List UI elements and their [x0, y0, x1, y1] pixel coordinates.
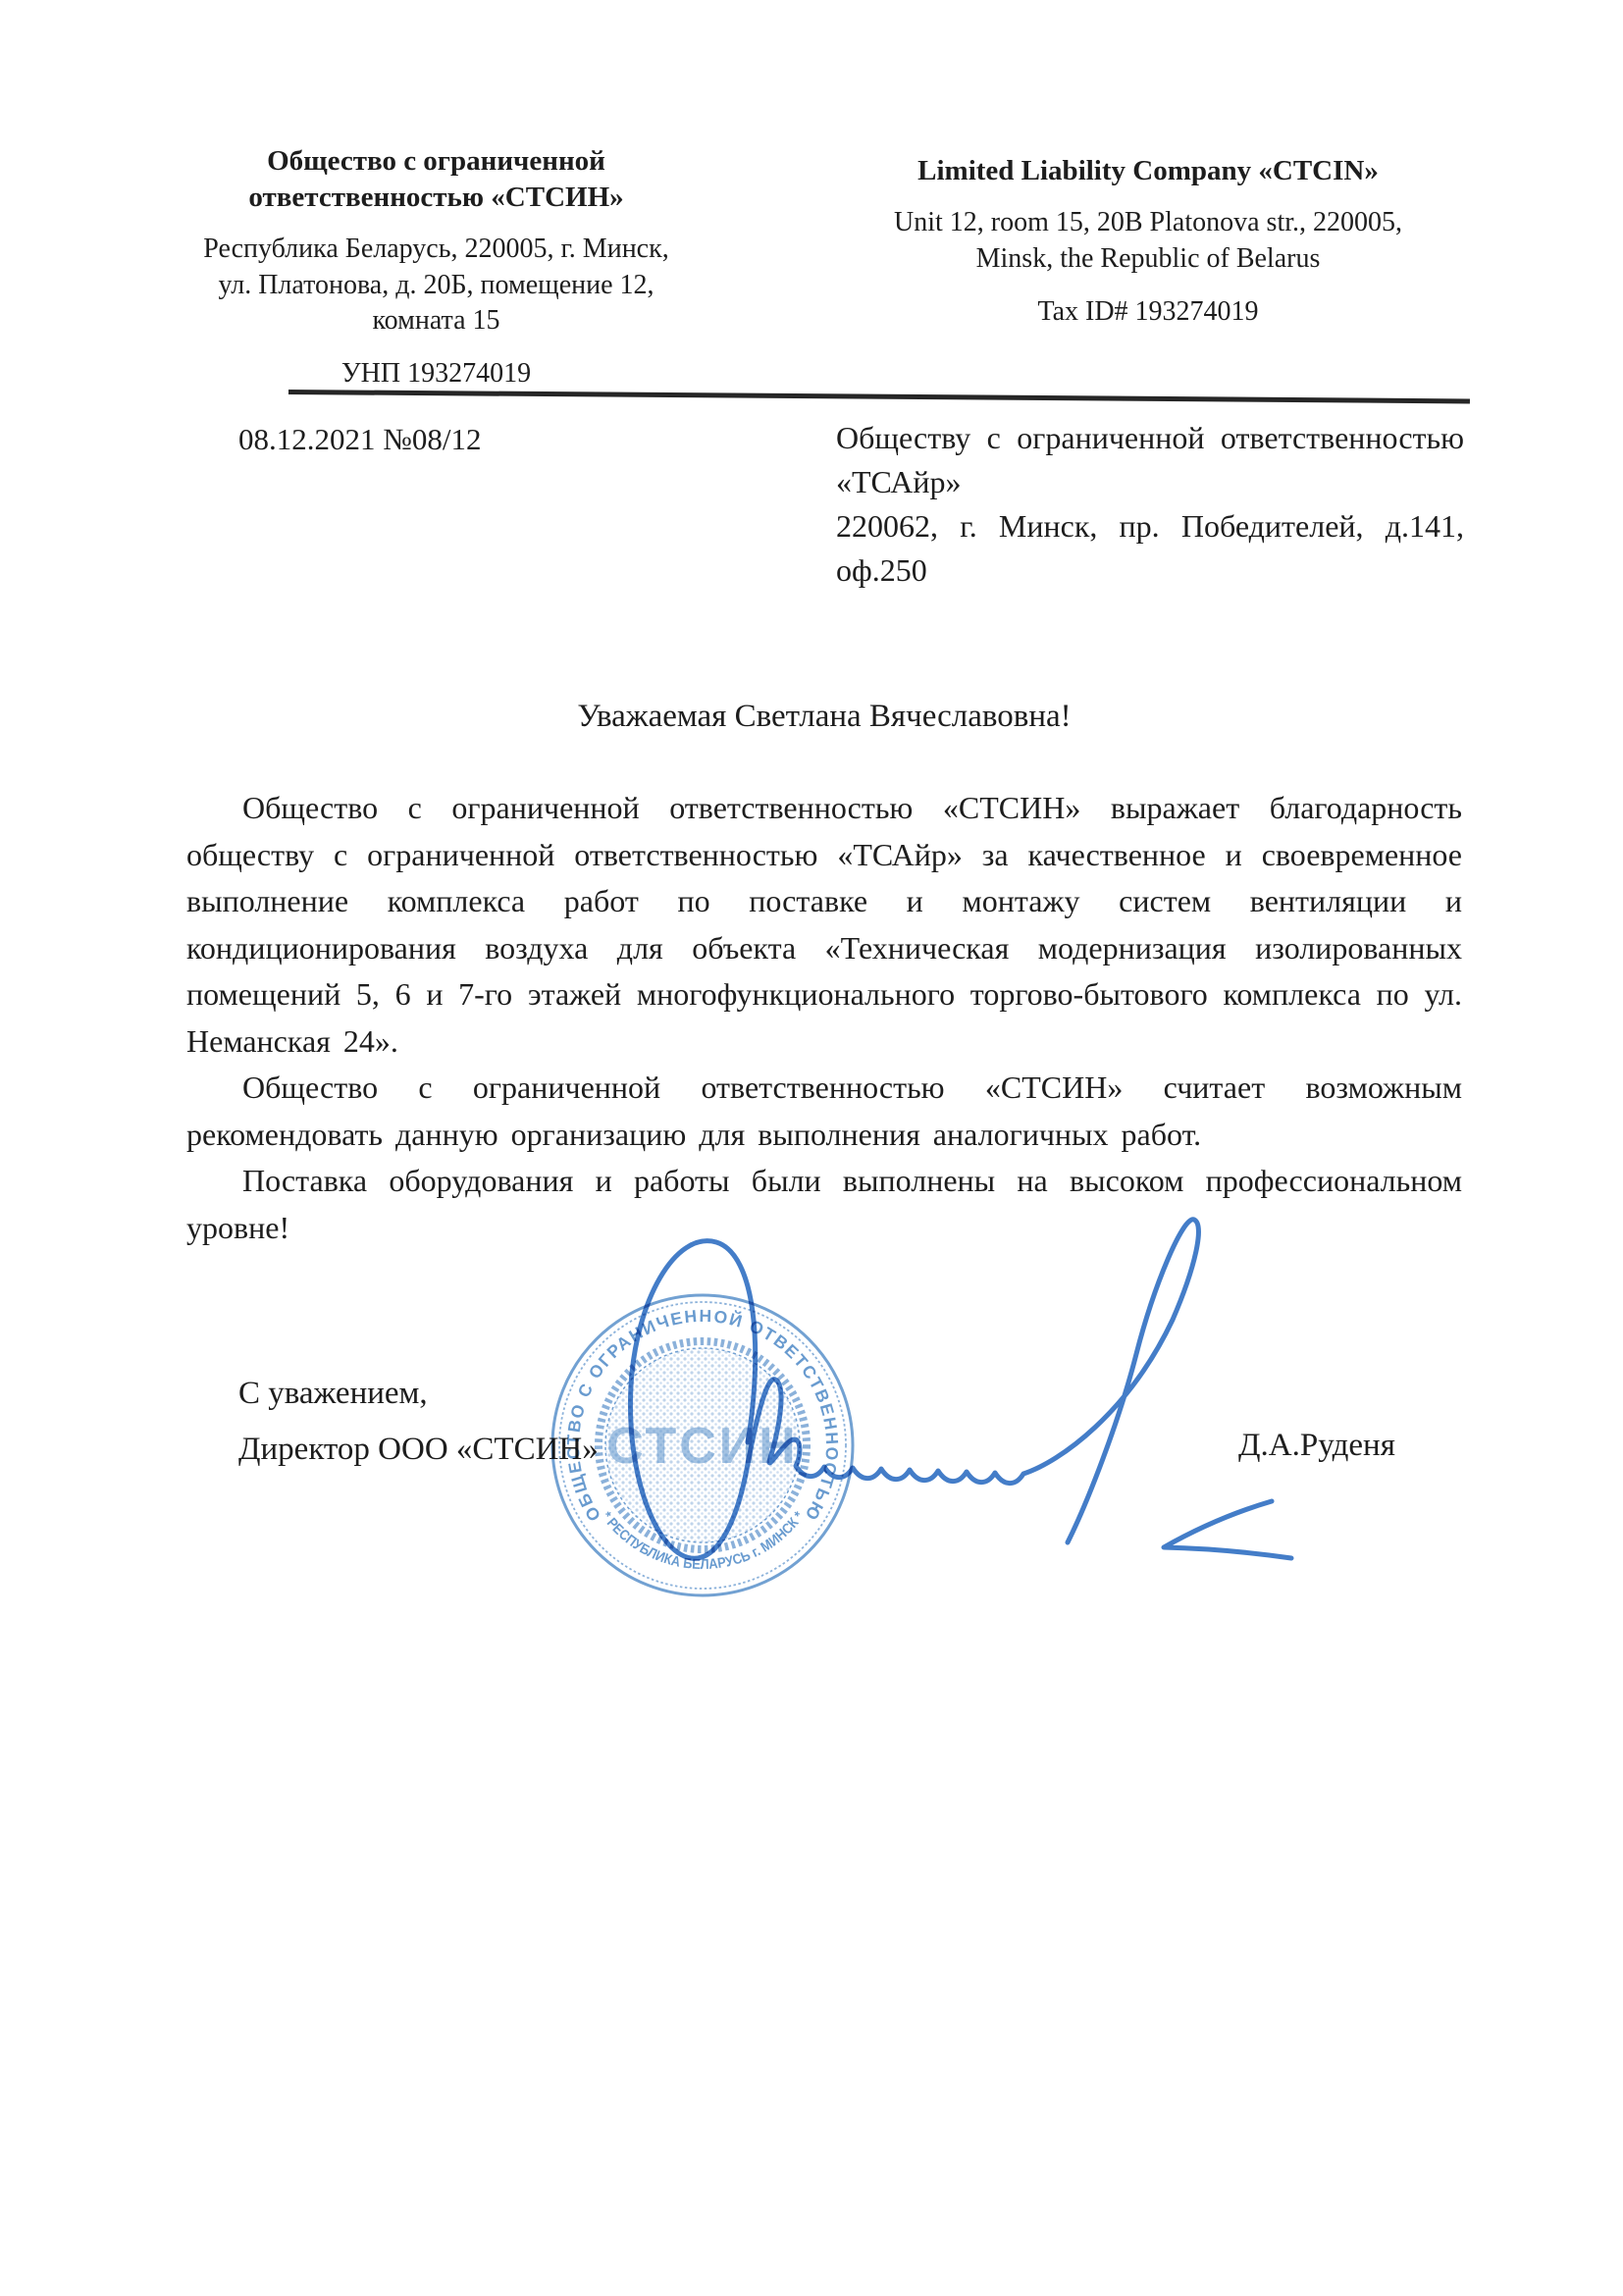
company-name-en: Limited Liability Company «CTCIN»	[864, 153, 1433, 189]
letter-document: Общество с ограниченной ответственностью…	[0, 0, 1623, 2296]
date-and-reference-number: 08.12.2021 №08/12	[238, 422, 481, 457]
signature-stroke-flourish	[1164, 1501, 1291, 1558]
company-address-en: Unit 12, room 15, 20B Platonova str., 22…	[864, 205, 1433, 277]
letterhead-english: Limited Liability Company «CTCIN» Unit 1…	[864, 153, 1433, 328]
company-unp-number: УНП 193274019	[188, 358, 684, 390]
company-tax-id: Tax ID# 193274019	[864, 296, 1433, 328]
addressee-address: 220062, г. Минск, пр. Победителей, д.141…	[836, 504, 1464, 593]
closing-salutation: С уважением,	[238, 1366, 599, 1422]
signature-stroke-main	[630, 1220, 1198, 1558]
header-divider-line	[288, 390, 1470, 403]
director-signature-ink	[599, 1119, 1344, 1629]
signer-title: Директор ООО «СТСИН»	[238, 1422, 599, 1478]
letterhead-russian: Общество с ограниченной ответственностью…	[188, 143, 684, 390]
company-address-ru: Республика Беларусь, 220005, г. Минск, у…	[188, 232, 684, 339]
company-name-ru: Общество с ограниченной ответственностью…	[188, 143, 684, 216]
body-paragraph-1: Общество с ограниченной ответственностью…	[186, 785, 1462, 1065]
addressee-company: Обществу с ограниченной ответственностью…	[836, 416, 1464, 504]
greeting-line: Уважаемая Светлана Вячеславовна!	[186, 699, 1462, 735]
addressee-block: Обществу с ограниченной ответственностью…	[836, 416, 1464, 593]
closing-block: С уважением, Директор ООО «СТСИН»	[238, 1366, 599, 1478]
